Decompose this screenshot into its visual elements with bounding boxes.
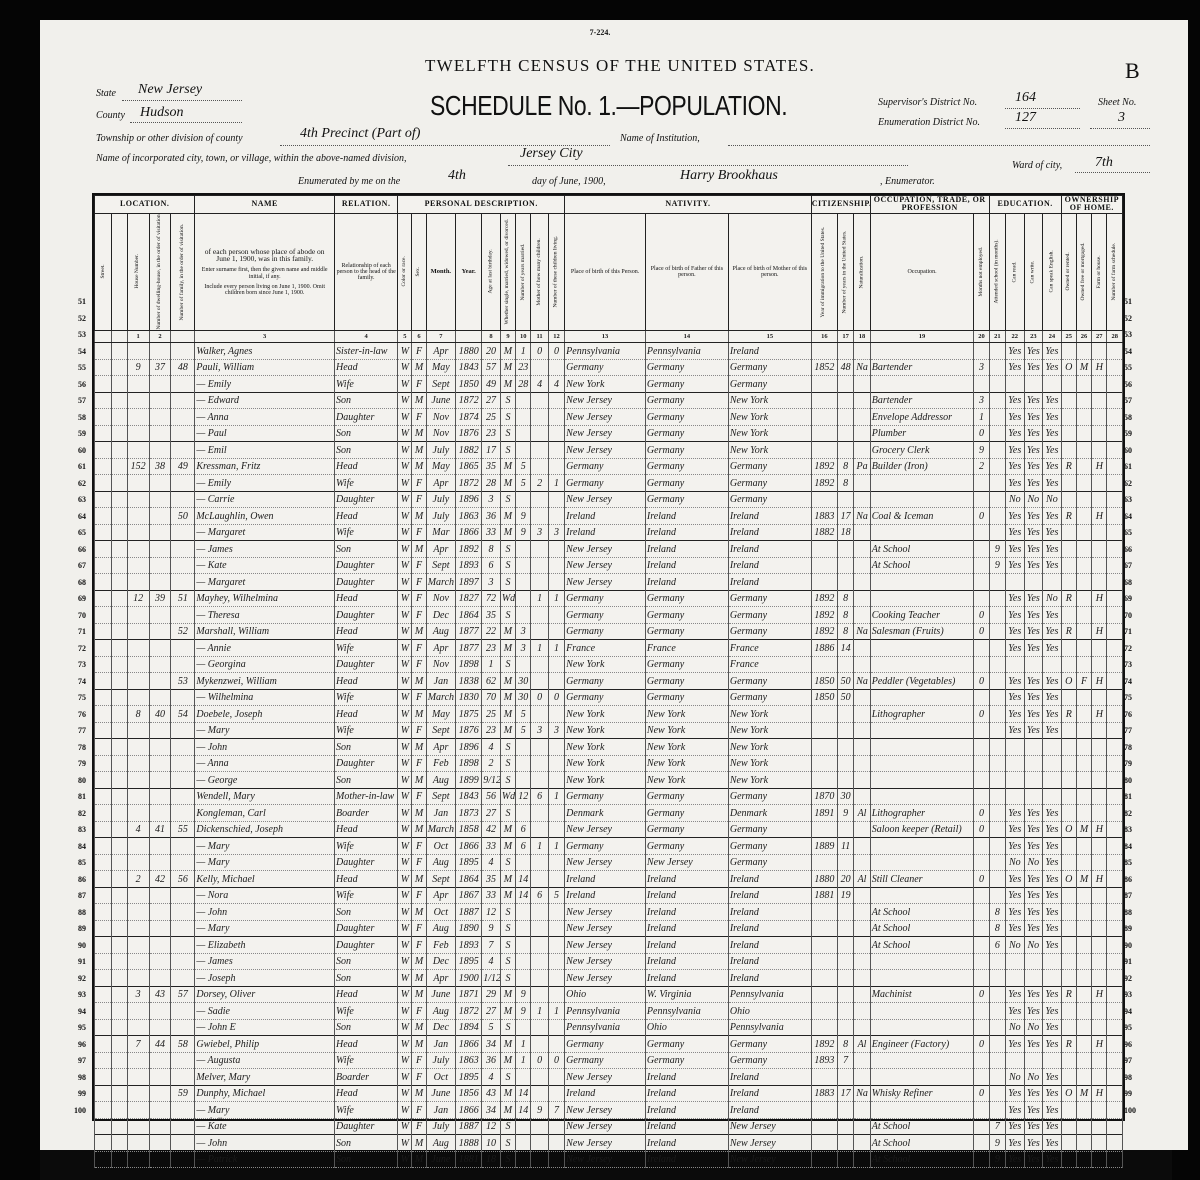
farm-schedule — [1107, 1019, 1123, 1036]
school-months — [989, 1036, 1005, 1053]
years-in-us: 11 — [837, 838, 853, 855]
owned-rented — [1061, 854, 1076, 871]
children-living: 1 — [548, 640, 564, 657]
months-unemployed: 0 — [974, 1085, 989, 1102]
relationship: Head — [335, 986, 398, 1003]
immigration-year: 1850 — [811, 673, 837, 690]
children-born: 6 — [531, 887, 548, 904]
farm-house — [1092, 1003, 1107, 1020]
line-number: 74 — [1124, 677, 1144, 686]
immigration-year: 1886 — [811, 640, 837, 657]
table-row: — EmilyWifeWFSept185049M2844New YorkGerm… — [95, 376, 1123, 393]
color: W — [398, 722, 412, 739]
occupation — [870, 1019, 974, 1036]
color: W — [398, 887, 412, 904]
birthplace-mother: France — [728, 640, 811, 657]
line-number: 69 — [66, 594, 86, 603]
immigration-year: 1891 — [811, 805, 837, 822]
school-months — [989, 574, 1005, 591]
free-mortgaged — [1076, 937, 1091, 954]
house-number — [127, 557, 149, 574]
dwelling-number — [149, 1151, 171, 1168]
birthplace-person: Ireland — [565, 871, 646, 888]
dwelling-number — [149, 425, 171, 442]
birthplace-person: Germany — [565, 1052, 646, 1069]
scan-left-border — [0, 0, 40, 1180]
can-speak-english: Yes — [1043, 838, 1062, 855]
relationship: Wife — [335, 1052, 398, 1069]
house-number: 12 — [127, 590, 149, 607]
birth-month: March — [426, 689, 455, 706]
spacer-cell — [112, 1052, 127, 1069]
col-age: Age at last birthday. — [482, 213, 501, 331]
table-row: — ElizabethDaughterWFFeb18937SNew Jersey… — [95, 937, 1123, 954]
immigration-year: 1881 — [811, 887, 837, 904]
column-number: 12 — [548, 331, 564, 343]
occupation — [870, 1102, 974, 1119]
can-read — [1006, 574, 1025, 591]
immigration-year: 1883 — [811, 508, 837, 525]
marital-status: S — [500, 574, 515, 591]
street-cell — [95, 508, 112, 525]
children-born — [531, 920, 548, 937]
family-number: 52 — [171, 623, 195, 640]
dwelling-number — [149, 574, 171, 591]
school-months — [989, 524, 1005, 541]
line-number: 75 — [66, 693, 86, 702]
years-married — [516, 937, 531, 954]
house-number — [127, 1069, 149, 1086]
person-name: — John — [195, 904, 335, 921]
year-label: Year. — [462, 268, 476, 275]
birth-month: July — [426, 442, 455, 459]
farm-schedule — [1107, 409, 1123, 426]
months-unemployed: 0 — [974, 871, 989, 888]
house-number — [127, 640, 149, 657]
scan-top-border — [0, 0, 1200, 22]
owned-rented — [1061, 722, 1076, 739]
column-number — [95, 331, 112, 343]
occupation — [870, 475, 974, 492]
line-number: 71 — [66, 627, 86, 636]
children-born — [531, 937, 548, 954]
school-months — [989, 442, 1005, 459]
sex: F — [412, 1102, 426, 1119]
free-mortgaged — [1076, 574, 1091, 591]
can-read: Yes — [1006, 1102, 1025, 1119]
person-name: — Georgina — [195, 656, 335, 673]
farm-schedule — [1107, 970, 1123, 987]
months-unemployed — [974, 722, 989, 739]
age: 4 — [482, 953, 501, 970]
children-born: 1 — [531, 640, 548, 657]
color: W — [398, 508, 412, 525]
birthplace-person: New Jersey — [565, 953, 646, 970]
farm-schedule — [1107, 706, 1123, 723]
dwelling-number — [149, 953, 171, 970]
line-number: 84 — [1124, 842, 1144, 851]
col-mother-of: Mother of how many children. — [531, 213, 548, 331]
line-number: 81 — [1124, 792, 1144, 801]
school-months — [989, 475, 1005, 492]
birthplace-mother: New York — [728, 739, 811, 756]
marital-status: S — [500, 970, 515, 987]
birthplace-mother: Ireland — [728, 904, 811, 921]
sex: F — [412, 838, 426, 855]
can-speak-english: Yes — [1043, 1085, 1062, 1102]
birth-month: Sept — [426, 557, 455, 574]
immigration-year: 1880 — [811, 871, 837, 888]
age: 34 — [482, 1102, 501, 1119]
group-name: NAME — [195, 196, 335, 214]
can-read: Yes — [1006, 508, 1025, 525]
farm-schedule — [1107, 673, 1123, 690]
birthplace-father: Germany — [645, 590, 728, 607]
street-cell — [95, 871, 112, 888]
age: 57 — [482, 359, 501, 376]
sheet-value: 3 — [1118, 110, 1125, 126]
occupation: Salesman (Fruits) — [870, 623, 974, 640]
naturalization — [854, 1102, 870, 1119]
can-write: Yes — [1024, 887, 1043, 904]
naturalization — [854, 442, 870, 459]
years-married — [516, 772, 531, 789]
years-married: 9 — [516, 508, 531, 525]
months-unemployed: 0 — [974, 1036, 989, 1053]
school-months — [989, 491, 1005, 508]
line-number: 51 — [1124, 297, 1144, 306]
birthplace-father: Germany — [645, 805, 728, 822]
years-in-us — [837, 425, 853, 442]
years-in-us — [837, 1118, 853, 1135]
sex: F — [412, 656, 426, 673]
street-cell — [95, 1003, 112, 1020]
house-number — [127, 425, 149, 442]
can-speak-english: Yes — [1043, 887, 1062, 904]
farm-schedule — [1107, 838, 1123, 855]
children-living — [548, 359, 564, 376]
can-write: Yes — [1024, 392, 1043, 409]
spacer-cell — [112, 1019, 127, 1036]
street-cell — [95, 1085, 112, 1102]
farm-house — [1092, 1118, 1107, 1135]
birth-year: 1866 — [456, 1036, 482, 1053]
marital-status: S — [500, 1069, 515, 1086]
col-dwelling: Number of dwelling-house, in the order o… — [149, 213, 171, 331]
farm-schedule — [1107, 1151, 1123, 1168]
children-living — [548, 871, 564, 888]
house-number — [127, 1019, 149, 1036]
years-in-us — [837, 722, 853, 739]
farm-house — [1092, 409, 1107, 426]
birthplace-father: Ireland — [645, 871, 728, 888]
spacer-cell — [112, 986, 127, 1003]
enum-district-line — [1005, 128, 1080, 129]
children-born: 3 — [531, 722, 548, 739]
farm-schedule — [1107, 1135, 1123, 1152]
occupation: Cooking Teacher — [870, 607, 974, 624]
relationship: Son — [335, 1019, 398, 1036]
birthplace-mother: Denmark — [728, 805, 811, 822]
years-in-us — [837, 541, 853, 558]
children-living: 3 — [548, 722, 564, 739]
years-married: 30 — [516, 673, 531, 690]
owned-rented — [1061, 1003, 1076, 1020]
occupation: At School — [870, 1151, 974, 1168]
can-read: Yes — [1006, 392, 1025, 409]
person-name: — Wilhelmina — [195, 689, 335, 706]
col-naturalization: Naturalization. — [854, 213, 870, 331]
free-mortgaged — [1076, 772, 1091, 789]
immigration-year: 1892 — [811, 475, 837, 492]
line-number: 90 — [1124, 941, 1144, 950]
birthplace-mother: Ireland — [728, 937, 811, 954]
birth-month: Apr — [426, 343, 455, 360]
occupation — [870, 1069, 974, 1086]
family-number: 58 — [171, 1036, 195, 1053]
dwelling-number — [149, 937, 171, 954]
years-married: 5 — [516, 475, 531, 492]
school-months — [989, 739, 1005, 756]
table-row: — PatrickSonWMJune188118SNew JerseyIrela… — [95, 1151, 1123, 1168]
dwelling-number — [149, 491, 171, 508]
children-born — [531, 1118, 548, 1135]
institution-label: Name of Institution, — [620, 133, 700, 144]
naturalization — [854, 920, 870, 937]
birthplace-mother: Ireland — [728, 524, 811, 541]
person-name: Dickenschied, Joseph — [195, 821, 335, 838]
years-in-us — [837, 442, 853, 459]
can-write: Yes — [1024, 442, 1043, 459]
occupation: At School — [870, 1135, 974, 1152]
years-in-us — [837, 376, 853, 393]
table-row: 34357Dorsey, OliverHeadWMJune187129M9Ohi… — [95, 986, 1123, 1003]
spacer-cell — [112, 821, 127, 838]
table-row: 93748Pauli, WilliamHeadWMMay184357M23Ger… — [95, 359, 1123, 376]
free-mortgaged — [1076, 475, 1091, 492]
years-in-us — [837, 986, 853, 1003]
birth-year: 1830 — [456, 689, 482, 706]
school-months — [989, 1052, 1005, 1069]
farm-house — [1092, 953, 1107, 970]
family-number — [171, 442, 195, 459]
birth-month: Aug — [426, 623, 455, 640]
owned-rented — [1061, 788, 1076, 805]
naturalization — [854, 557, 870, 574]
street-cell — [95, 458, 112, 475]
years-in-us — [837, 854, 853, 871]
immigration-year — [811, 821, 837, 838]
farm-schedule — [1107, 1003, 1123, 1020]
age: 33 — [482, 838, 501, 855]
can-speak-english: Yes — [1043, 640, 1062, 657]
years-in-us — [837, 1102, 853, 1119]
months-unemployed — [974, 937, 989, 954]
line-number: 59 — [66, 429, 86, 438]
naturalization — [854, 1003, 870, 1020]
birthplace-person: New Jersey — [565, 904, 646, 921]
color: W — [398, 1036, 412, 1053]
can-read: Yes — [1006, 689, 1025, 706]
age: 1 — [482, 656, 501, 673]
occupation: At School — [870, 541, 974, 558]
can-read: Yes — [1006, 904, 1025, 921]
color: W — [398, 491, 412, 508]
years-married — [516, 409, 531, 426]
years-in-us: 17 — [837, 1085, 853, 1102]
person-name: — Margaret — [195, 574, 335, 591]
birth-month: Feb — [426, 937, 455, 954]
children-living — [548, 1036, 564, 1053]
group-citizenship: CITIZENSHIP. — [811, 196, 870, 214]
occupation — [870, 343, 974, 360]
school-months: 6 — [989, 937, 1005, 954]
age: 29 — [482, 986, 501, 1003]
birth-year: 1895 — [456, 953, 482, 970]
sex: F — [412, 574, 426, 591]
owned-rented — [1061, 739, 1076, 756]
can-speak-english — [1043, 788, 1062, 805]
color: W — [398, 1003, 412, 1020]
can-read: Yes — [1006, 475, 1025, 492]
line-number: 100 — [66, 1106, 86, 1115]
occupation — [870, 574, 974, 591]
birth-year: 1898 — [456, 656, 482, 673]
spacer-cell — [112, 425, 127, 442]
farm-house — [1092, 1052, 1107, 1069]
farm-house — [1092, 607, 1107, 624]
can-write: Yes — [1024, 673, 1043, 690]
birthplace-father: Ireland — [645, 920, 728, 937]
marital-status: S — [500, 409, 515, 426]
birthplace-father: Germany — [645, 359, 728, 376]
months-unemployed — [974, 656, 989, 673]
line-number: 76 — [1124, 710, 1144, 719]
can-speak-english — [1043, 1052, 1062, 1069]
col-birth-mother: Place of birth of Mother of this person. — [728, 213, 811, 331]
line-number: 88 — [66, 908, 86, 917]
table-row: Wendell, MaryMother-in-lawWFSept184356Wd… — [95, 788, 1123, 805]
years-married: 3 — [516, 640, 531, 657]
school-months — [989, 343, 1005, 360]
can-write: Yes — [1024, 1135, 1043, 1152]
birthplace-father: Germany — [645, 821, 728, 838]
dwelling-number — [149, 343, 171, 360]
column-number: 1 — [127, 331, 149, 343]
immigration-year — [811, 1069, 837, 1086]
farm-schedule — [1107, 623, 1123, 640]
owned-rented — [1061, 574, 1076, 591]
school-months — [989, 590, 1005, 607]
children-living: 0 — [548, 689, 564, 706]
years-in-us — [837, 343, 853, 360]
years-married — [516, 1019, 531, 1036]
can-read: Yes — [1006, 524, 1025, 541]
birthplace-father: Germany — [645, 425, 728, 442]
children-born — [531, 425, 548, 442]
street-cell — [95, 838, 112, 855]
birthplace-father: Germany — [645, 491, 728, 508]
birth-year: 1896 — [456, 739, 482, 756]
birthplace-father: Ireland — [645, 557, 728, 574]
age: 36 — [482, 1052, 501, 1069]
enumerator-label: , Enumerator. — [880, 176, 935, 187]
birthplace-person: New Jersey — [565, 970, 646, 987]
marital-status: S — [500, 392, 515, 409]
sex: M — [412, 623, 426, 640]
house-number — [127, 442, 149, 459]
occupation — [870, 854, 974, 871]
birthplace-father: Ireland — [645, 887, 728, 904]
can-speak-english: Yes — [1043, 475, 1062, 492]
dwelling-number — [149, 392, 171, 409]
birthplace-mother: Ireland — [728, 1102, 811, 1119]
birthplace-mother: Ireland — [728, 887, 811, 904]
farm-schedule — [1107, 607, 1123, 624]
birth-month: Jan — [426, 1036, 455, 1053]
col-year: Year. — [456, 213, 482, 331]
can-write — [1024, 755, 1043, 772]
column-number: 5 — [398, 331, 412, 343]
table-row: 74458Gwiebel, PhilipHeadWMJan186634M1Ger… — [95, 1036, 1123, 1053]
house-number — [127, 343, 149, 360]
can-write: Yes — [1024, 508, 1043, 525]
birthplace-person: New York — [565, 755, 646, 772]
column-number: 25 — [1061, 331, 1076, 343]
house-number — [127, 392, 149, 409]
family-number — [171, 475, 195, 492]
school-months — [989, 376, 1005, 393]
school-months: 9 — [989, 541, 1005, 558]
person-name: — Emil — [195, 442, 335, 459]
children-living: 0 — [548, 1052, 564, 1069]
owned-rented — [1061, 491, 1076, 508]
column-number: 4 — [335, 331, 398, 343]
line-number: 74 — [66, 677, 86, 686]
years-married — [516, 970, 531, 987]
relationship: Son — [335, 1151, 398, 1168]
col-years-married: Number of years married. — [516, 213, 531, 331]
can-write: Yes — [1024, 557, 1043, 574]
birth-year: 1875 — [456, 706, 482, 723]
person-name: — Joseph — [195, 970, 335, 987]
table-row: 1523849Kressman, FritzHeadWMMay186535M5G… — [95, 458, 1123, 475]
birthplace-person: Germany — [565, 458, 646, 475]
years-in-us: 14 — [837, 640, 853, 657]
person-name: Walker, Agnes — [195, 343, 335, 360]
spacer-cell — [112, 739, 127, 756]
school-months — [989, 1003, 1005, 1020]
children-born — [531, 1151, 548, 1168]
birth-month: Nov — [426, 590, 455, 607]
sex: F — [412, 887, 426, 904]
naturalization — [854, 1151, 870, 1168]
immigration-year — [811, 1003, 837, 1020]
occupation: At School — [870, 557, 974, 574]
can-write — [1024, 970, 1043, 987]
farm-schedule — [1107, 739, 1123, 756]
spacer-cell — [112, 772, 127, 789]
birth-year: 1864 — [456, 871, 482, 888]
owned-rented — [1061, 887, 1076, 904]
family-number — [171, 491, 195, 508]
children-living — [548, 425, 564, 442]
ward-value: 7th — [1095, 155, 1113, 171]
owned-rented — [1061, 1151, 1076, 1168]
children-born — [531, 541, 548, 558]
age: 25 — [482, 409, 501, 426]
can-write: Yes — [1024, 590, 1043, 607]
